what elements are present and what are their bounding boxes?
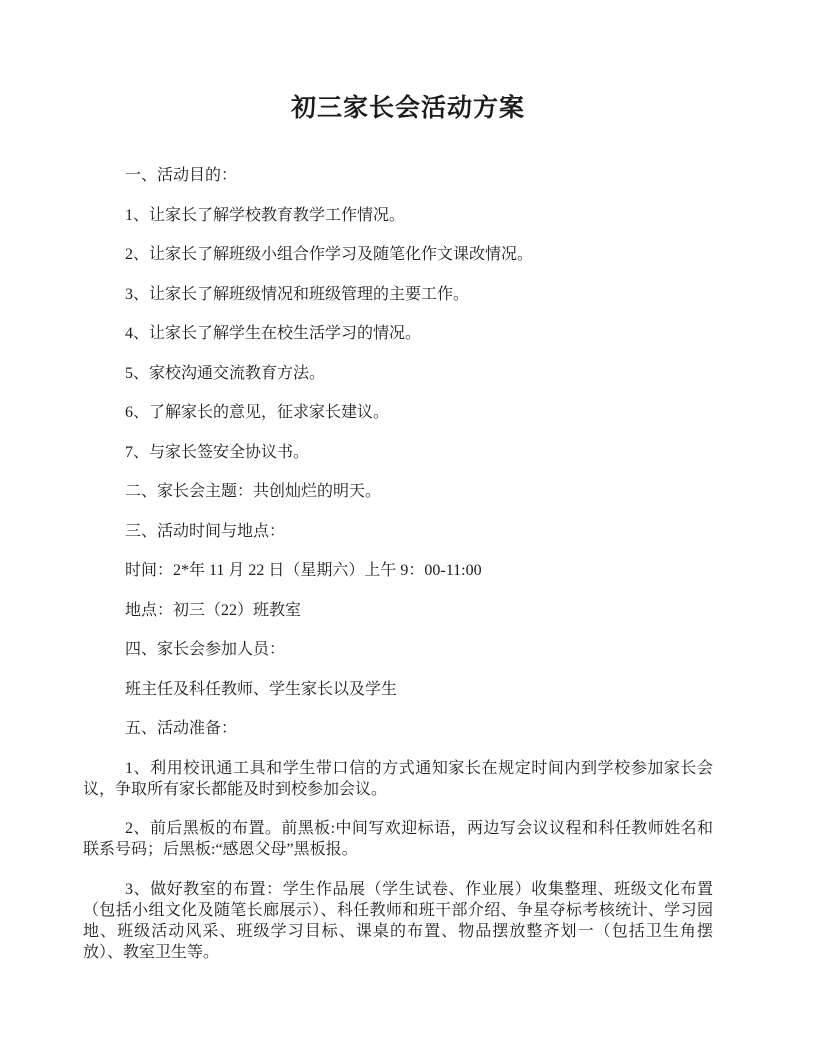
section-heading-preparation: 五、活动准备： xyxy=(83,718,713,739)
section-heading-participants: 四、家长会参加人员： xyxy=(83,639,713,660)
location-line: 地点：初三（22）班教室 xyxy=(83,600,713,621)
purpose-item-4: 4、让家长了解学生在校生活学习的情况。 xyxy=(83,323,713,344)
preparation-item-1: 1、利用校讯通工具和学生带口信的方式通知家长在规定时间内到学校参加家长会议，争取… xyxy=(83,758,713,800)
section-heading-theme: 二、家长会主题：共创灿烂的明天。 xyxy=(83,481,713,502)
section-heading-purpose: 一、活动目的： xyxy=(83,165,713,186)
purpose-item-2: 2、让家长了解班级小组合作学习及随笔化作文课改情况。 xyxy=(83,244,713,265)
participants-line: 班主任及科任教师、学生家长以及学生 xyxy=(83,679,713,700)
purpose-item-6: 6、了解家长的意见，征求家长建议。 xyxy=(83,402,713,423)
preparation-item-2: 2、前后黑板的布置。前黑板:中间写欢迎标语，两边写会议议程和科任教师姓名和联系号… xyxy=(83,818,713,860)
section-heading-time-place: 三、活动时间与地点： xyxy=(83,521,713,542)
purpose-item-7: 7、与家长签安全协议书。 xyxy=(83,442,713,463)
purpose-item-1: 1、让家长了解学校教育教学工作情况。 xyxy=(83,205,713,226)
document-page: 初三家长会活动方案 一、活动目的： 1、让家长了解学校教育教学工作情况。 2、让… xyxy=(0,0,816,1056)
purpose-item-3: 3、让家长了解班级情况和班级管理的主要工作。 xyxy=(83,284,713,305)
preparation-item-3: 3、做好教室的布置：学生作品展（学生试卷、作业展）收集整理、班级文化布置（包括小… xyxy=(83,879,713,963)
time-line: 时间：2*年 11 月 22 日（星期六）上午 9：00-11:00 xyxy=(83,560,713,581)
purpose-item-5: 5、家校沟通交流教育方法。 xyxy=(83,363,713,384)
document-title: 初三家长会活动方案 xyxy=(0,94,816,124)
